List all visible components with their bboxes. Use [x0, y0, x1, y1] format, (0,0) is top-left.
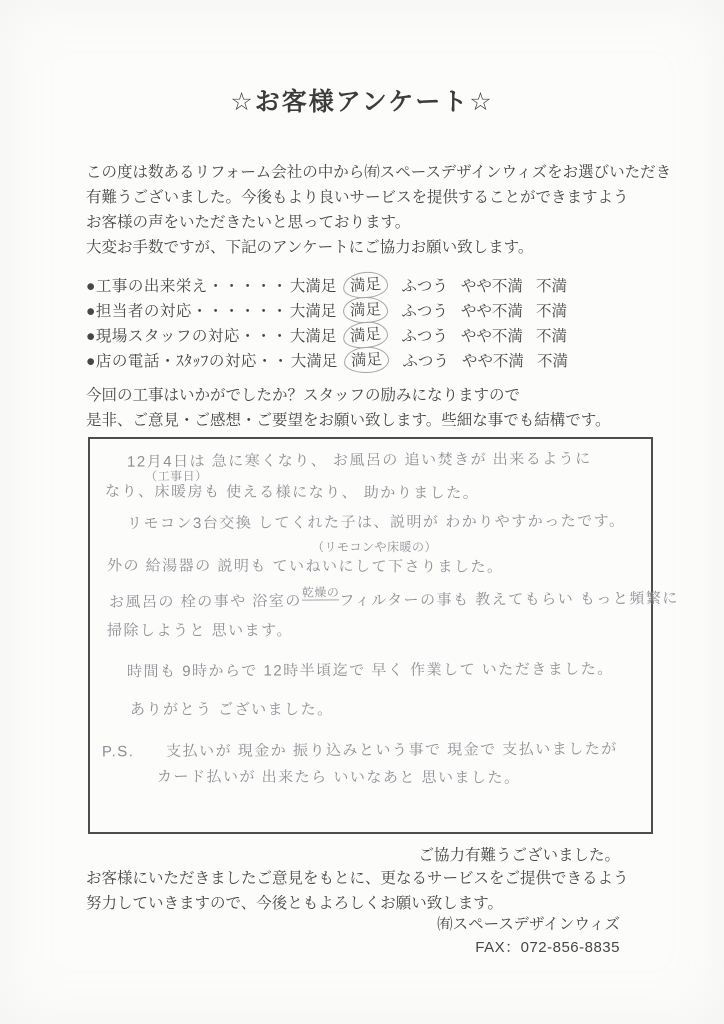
option-fuman: 不満: [536, 324, 567, 346]
company-name: ㈲スペースデザインウィズ: [437, 912, 620, 934]
intro-line: 大変お手数ですが、下記のアンケートにご協力お願い致します。: [86, 235, 671, 260]
survey-row-manager: ●担当者の対応・・・・・・ 大満足 満足 ふつう やや不満 不満: [86, 297, 568, 322]
survey-item-label: ●担当者の対応・・・・・・: [86, 299, 288, 321]
thanks-line: ご協力有難うございました。: [418, 843, 620, 865]
option-futsuu: ふつう: [402, 349, 449, 371]
option-fuman: 不満: [536, 299, 567, 321]
page-title: ☆お客様アンケート☆: [0, 82, 724, 118]
option-manzoku-circled: 満足: [342, 320, 389, 350]
option-daimanzoku: 大満足: [290, 274, 337, 296]
fax-number: FAX：072-856-8835: [475, 936, 620, 957]
handwritten-line: 外の 給湯器の 説明も ていねいにして下さりました。: [107, 554, 504, 576]
comment-box: 12月4日は （工事日） 急に寒くなり、 お風呂の 追い焚きが 出来るように な…: [88, 437, 653, 834]
handwritten-text: お風呂の 栓の事や 浴室の: [109, 593, 302, 611]
option-manzoku-circled: 満足: [343, 296, 389, 324]
survey-item-label: ●現場スタッフの対応・・・: [86, 324, 288, 346]
handwritten-text: 急に寒くなり、 お風呂の 追い焚きが 出来るように: [212, 450, 592, 470]
option-yaya-fuman: やや不満: [461, 299, 523, 321]
closing-line: お客様にいただきましたご意見をもとに、更なるサービスをご提供できるよう: [86, 866, 629, 891]
handwritten-line: リモコン3台交換 してくれた子は、説明が わかりやすかったです。: [127, 510, 626, 534]
option-yaya-fuman: やや不満: [461, 274, 523, 296]
survey-row-workmanship: ●工事の出来栄え・・・・・ 大満足 満足 ふつう やや不満 不満: [86, 272, 568, 297]
option-manzoku-circled: 満足: [343, 270, 390, 299]
survey-item-label: ●店の電話・ｽﾀｯﾌの対応・・: [86, 349, 289, 371]
option-fuman: 不満: [536, 274, 567, 296]
option-yaya-fuman: やや不満: [461, 324, 523, 346]
handwritten-line: 掃除しようと 思います。: [107, 619, 293, 640]
handwritten-ps-line: P.S. 支払いが 現金か 振り込みという事で 現金で 支払いましたが: [102, 738, 618, 762]
option-daimanzoku: 大満足: [290, 324, 337, 346]
handwritten-line: 12月4日は （工事日） 急に寒くなり、 お風呂の 追い焚きが 出来るように: [127, 447, 592, 471]
survey-items: ●工事の出来栄え・・・・・ 大満足 満足 ふつう やや不満 不満 ●担当者の対応…: [86, 272, 568, 372]
option-futsuu: ふつう: [401, 274, 448, 296]
handwritten-line: ありがとう ございました。: [130, 698, 334, 719]
closing-paragraph: お客様にいただきましたご意見をもとに、更なるサービスをご提供できるよう 努力して…: [86, 866, 629, 916]
intro-line: この度は数あるリフォーム会社の中から㈲スペースデザインウィズをお選びいただき: [86, 160, 671, 185]
survey-row-site-staff: ●現場スタッフの対応・・・ 大満足 満足 ふつう やや不満 不満: [86, 322, 568, 347]
prompt-line: 今回の工事はいかがでしたか？スタッフの励みになりますので: [86, 383, 611, 408]
handwritten-date: 12月4日は （工事日）: [127, 450, 206, 472]
handwritten-insert-remote-floor: （リモコンや床暖の）: [312, 538, 437, 555]
prompt-line: 是非、ご意見・ご感想・ご要望をお願い致します。些細な事でも結構です。: [86, 408, 611, 433]
survey-row-phone-staff: ●店の電話・ｽﾀｯﾌの対応・・ 大満足 満足 ふつう やや不満 不満: [86, 347, 568, 372]
option-manzoku-circled: 満足: [344, 345, 390, 373]
option-fuman: 不満: [537, 349, 568, 371]
handwritten-ps-line: カード払いが 出来たら いいなあと 思いました。: [157, 765, 521, 787]
option-yaya-fuman: やや不満: [462, 349, 524, 371]
scanned-survey-page: ☆お客様アンケート☆ この度は数あるリフォーム会社の中から㈲スペースデザインウィ…: [0, 0, 724, 1024]
ps-label: P.S.: [102, 743, 135, 760]
option-daimanzoku: 大満足: [290, 299, 337, 321]
handwritten-text: フィルターの事も 教えてもらい もっと頻繁に: [339, 590, 679, 609]
feedback-prompt: 今回の工事はいかがでしたか？スタッフの励みになりますので 是非、ご意見・ご感想・…: [86, 383, 611, 433]
intro-paragraph: この度は数あるリフォーム会社の中から㈲スペースデザインウィズをお選びいただき 有…: [86, 160, 671, 260]
option-futsuu: ふつう: [401, 299, 448, 321]
handwritten-line: 時間も 9時からで 12時半頃迄で 早く 作業して いただきました。: [127, 658, 614, 682]
intro-line: 有難うございました。今後もより良いサービスを提供することができますよう: [86, 185, 671, 210]
handwritten-text: 支払いが 現金か 振り込みという事で 現金で 支払いましたが: [166, 741, 618, 760]
option-daimanzoku: 大満足: [291, 349, 338, 371]
intro-line: お客様の声をいただきたいと思っております。: [86, 210, 671, 235]
handwritten-insert-dryer: 乾燥の: [302, 585, 340, 600]
option-futsuu: ふつう: [401, 324, 448, 346]
handwritten-line: お風呂の 栓の事や 浴室の乾燥のフィルターの事も 教えてもらい もっと頻繁に: [109, 587, 679, 612]
handwritten-line: なり、床暖房も 使える様になり、 助かりました。: [105, 480, 479, 503]
survey-item-label: ●工事の出来栄え・・・・・: [86, 274, 288, 296]
